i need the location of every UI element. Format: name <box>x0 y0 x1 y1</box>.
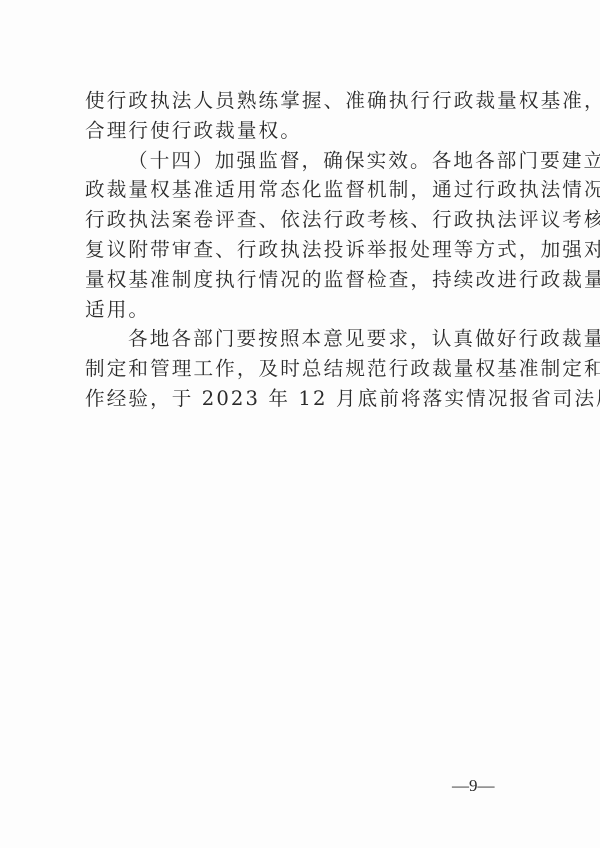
text-line: 作经验，于 2023 年 12 月底前将落实情况报省司法厅。 <box>85 384 521 414</box>
paragraph-2-supervision: （十四）加强监督，确保实效。各地各部门要建立健全行 政裁量权基准适用常态化监督机… <box>85 146 521 325</box>
text-line: 政裁量权基准适用常态化监督机制，通过行政执法情况检查、 <box>85 175 521 205</box>
text-line: 复议附带审查、行政执法投诉举报处理等方式，加强对行政裁 <box>85 235 521 265</box>
text-line: 制定和管理工作，及时总结规范行政裁量权基准制定和管理工 <box>85 354 521 384</box>
page-number: —9— <box>452 776 495 796</box>
text-line: 量权基准制度执行情况的监督检查，持续改进行政裁量权基准 <box>85 265 521 295</box>
text-line: 使行政执法人员熟练掌握、准确执行行政裁量权基准，合法、 <box>85 86 521 116</box>
text-line: 适用。 <box>85 295 521 325</box>
text-line: 各地各部门要按照本意见要求，认真做好行政裁量权基准 <box>85 324 521 354</box>
text-line: 行政执法案卷评查、依法行政考核、行政执法评议考核、行政 <box>85 205 521 235</box>
document-body: 使行政执法人员熟练掌握、准确执行行政裁量权基准，合法、 合理行使行政裁量权。 （… <box>85 86 521 414</box>
text-line: 合理行使行政裁量权。 <box>85 116 521 146</box>
text-line-section-heading: （十四）加强监督，确保实效。各地各部门要建立健全行 <box>85 146 521 176</box>
document-page: 使行政执法人员熟练掌握、准确执行行政裁量权基准，合法、 合理行使行政裁量权。 （… <box>0 0 600 848</box>
paragraph-3-closing: 各地各部门要按照本意见要求，认真做好行政裁量权基准 制定和管理工作，及时总结规范… <box>85 324 521 413</box>
paragraph-1: 使行政执法人员熟练掌握、准确执行行政裁量权基准，合法、 合理行使行政裁量权。 <box>85 86 521 146</box>
